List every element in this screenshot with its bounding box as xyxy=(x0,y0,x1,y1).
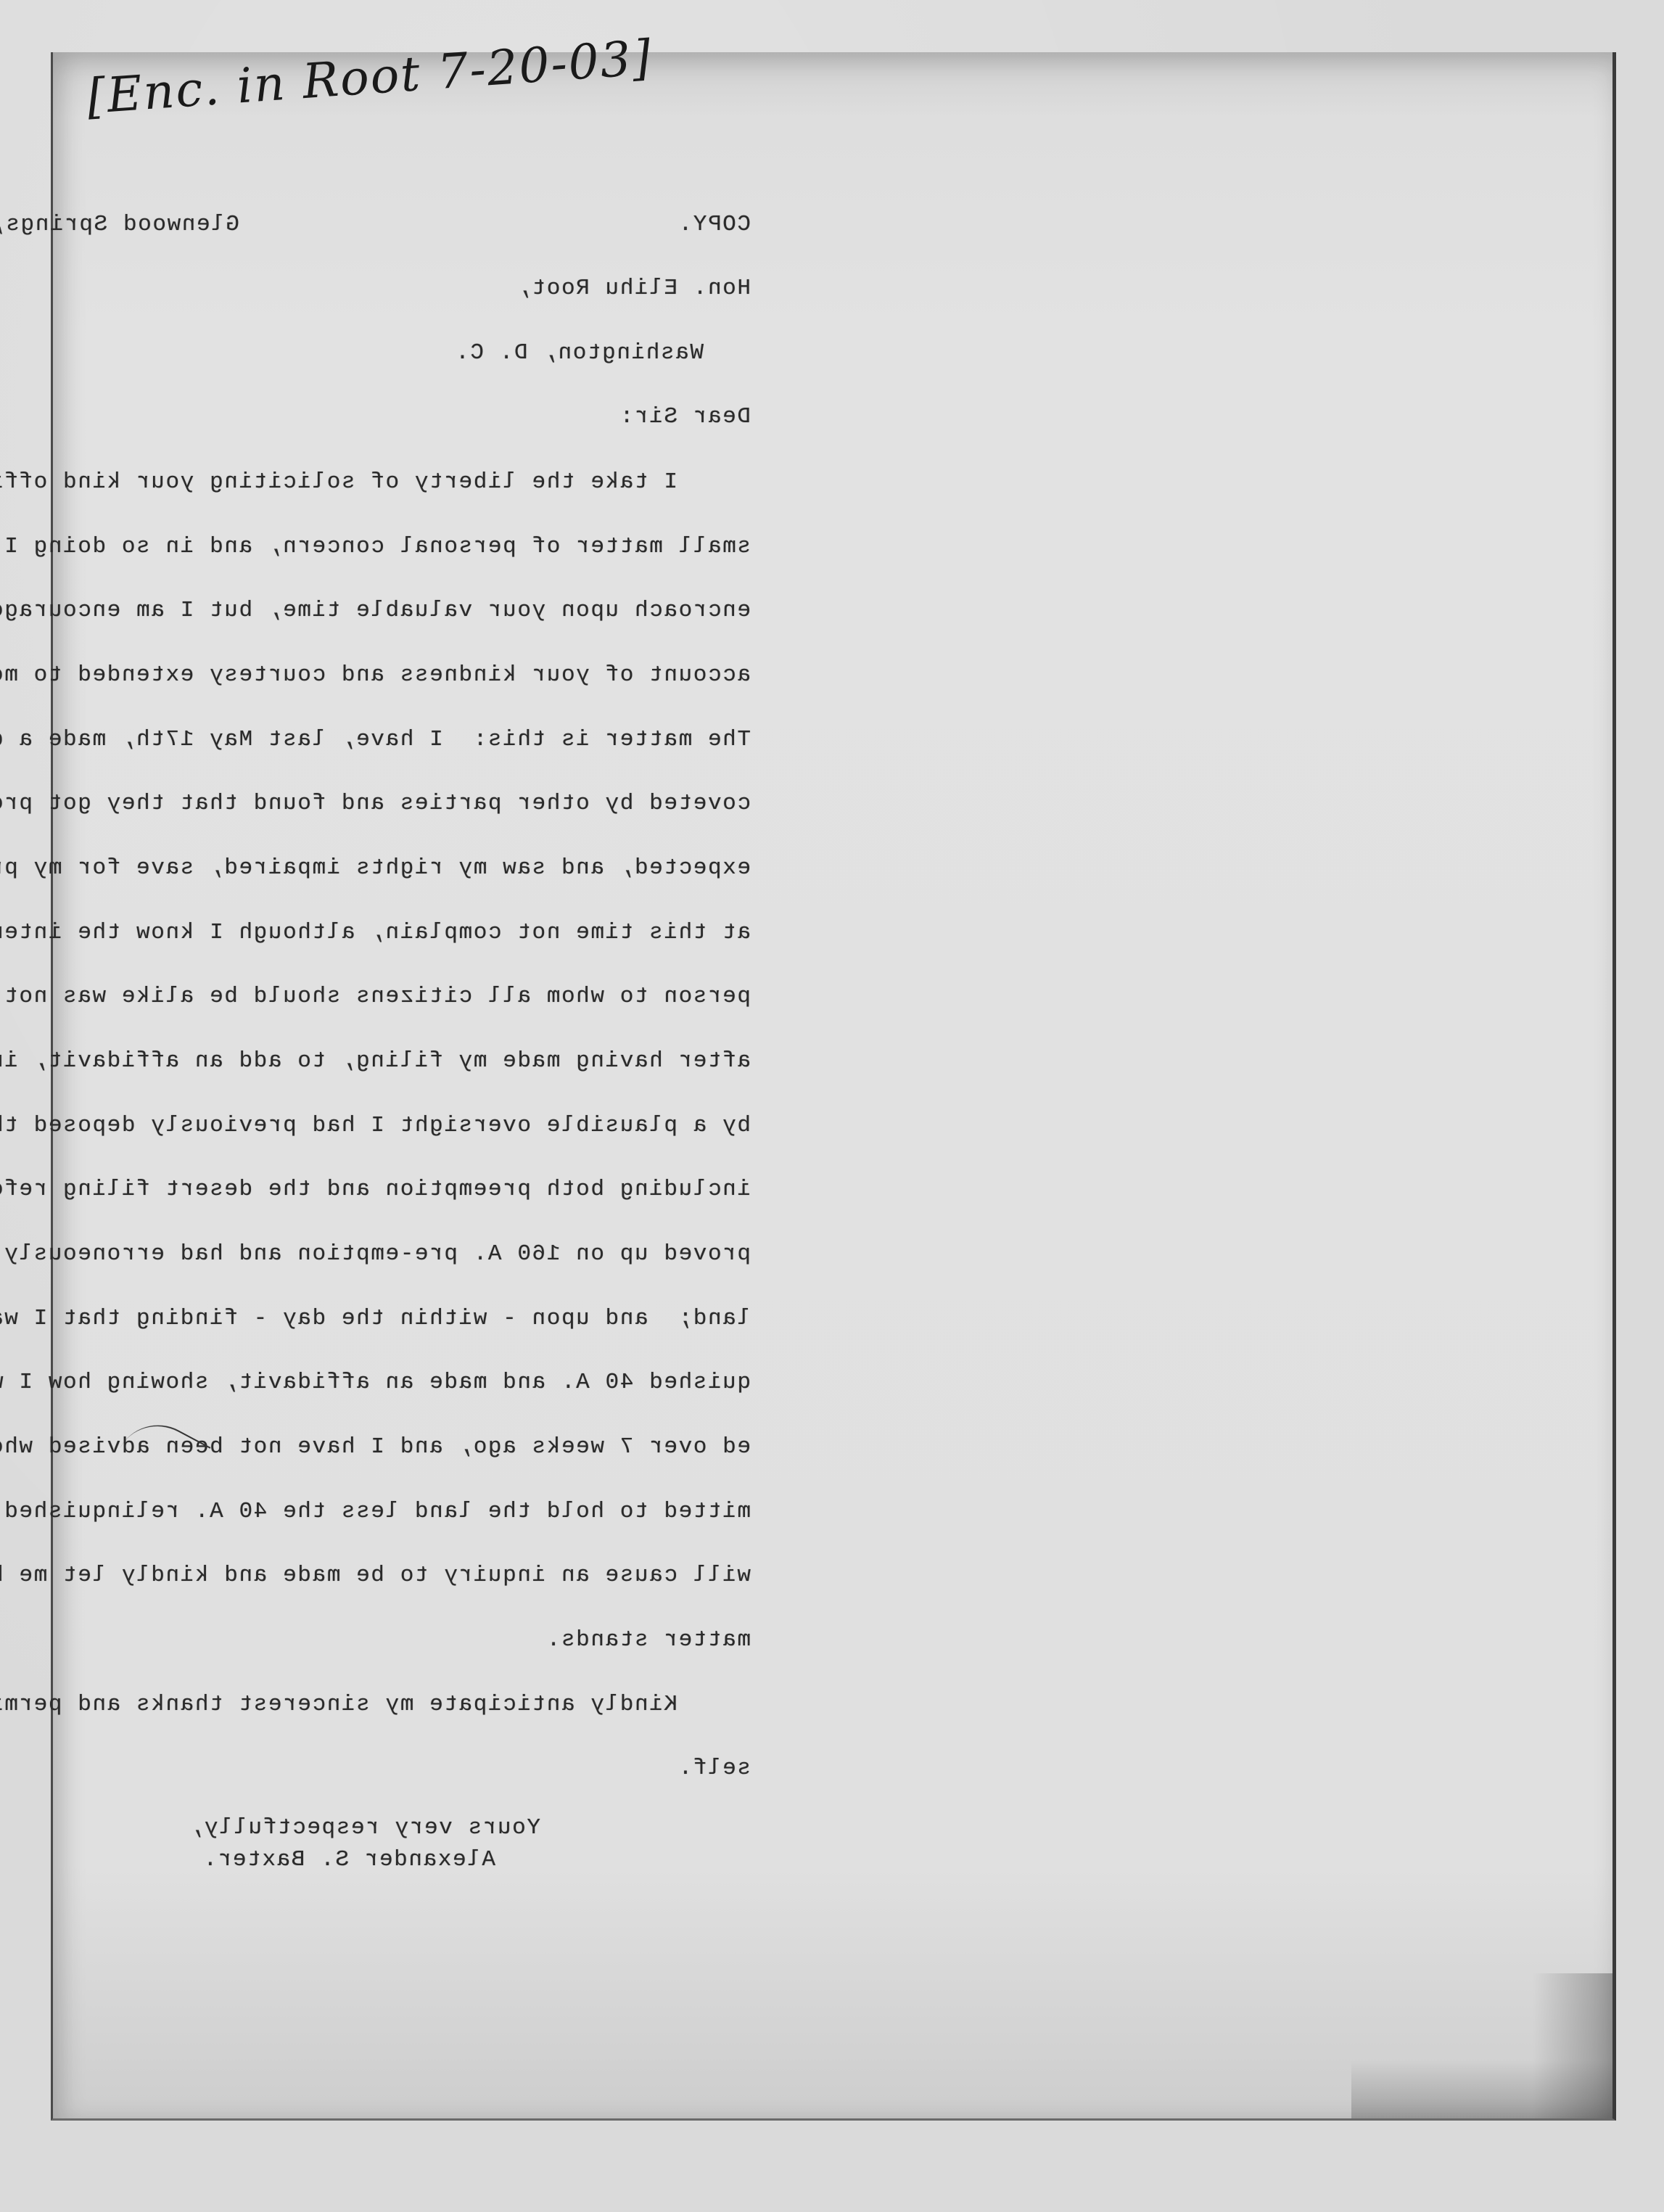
closing: Yours very respectfully, xyxy=(189,1815,540,1841)
body-line: after having made my filing, to add an a… xyxy=(0,1048,751,1074)
body-line: account of your kindness and courtesy ex… xyxy=(0,662,751,688)
body-line: land; and upon - within the day - findin… xyxy=(0,1306,751,1331)
body-line: including both preemption and the desert… xyxy=(0,1177,751,1202)
dateline: Glenwood Springs, Colo., July 14, 1903. xyxy=(0,212,239,237)
body-line: expected, and saw my rights impaired, sa… xyxy=(0,855,751,881)
body-line: Kindly anticipate my sincerest thanks an… xyxy=(0,1692,751,1717)
salutation: Dear Sir: xyxy=(619,404,751,429)
body-line: will cause an inquiry to be made and kin… xyxy=(0,1563,751,1588)
typed-letter-mirrored: COPY. Glenwood Springs, Colo., July 14, … xyxy=(51,52,1610,2118)
body-line: The matter is this: I have, last May 17t… xyxy=(0,727,751,752)
body-line: person to whom all citizens should be al… xyxy=(0,984,751,1009)
copy-label: COPY. xyxy=(677,212,751,237)
body-line: self. xyxy=(677,1756,751,1781)
body-line: quished 40 A. and made an affidavit, sho… xyxy=(0,1370,751,1395)
body-line: proved up on 160 A. pre-emption and had … xyxy=(0,1241,751,1267)
body-line: I take the liberty of soliciting your ki… xyxy=(0,469,751,495)
body-line: small matter of personal concern, and in… xyxy=(0,534,751,559)
body-line: by a plausible oversight I had previousl… xyxy=(0,1113,751,1138)
body-line: ed over 7 weeks ago, and I have not been… xyxy=(0,1434,751,1460)
recipient-location: Washington, D. C. xyxy=(455,340,704,366)
body-line: matter stands. xyxy=(545,1627,751,1653)
body-line: mitted to hold the land less the 40 A. r… xyxy=(0,1499,751,1524)
body-line: encroach upon your valuable time, but I … xyxy=(0,598,751,623)
body-line: at this time not complain, although I kn… xyxy=(0,920,751,945)
recipient-name: Hon. Elihu Root, xyxy=(516,276,751,301)
signature: Alexander S. Baxter. xyxy=(202,1847,495,1872)
body-line: coveted by other parties and found that … xyxy=(0,791,751,816)
